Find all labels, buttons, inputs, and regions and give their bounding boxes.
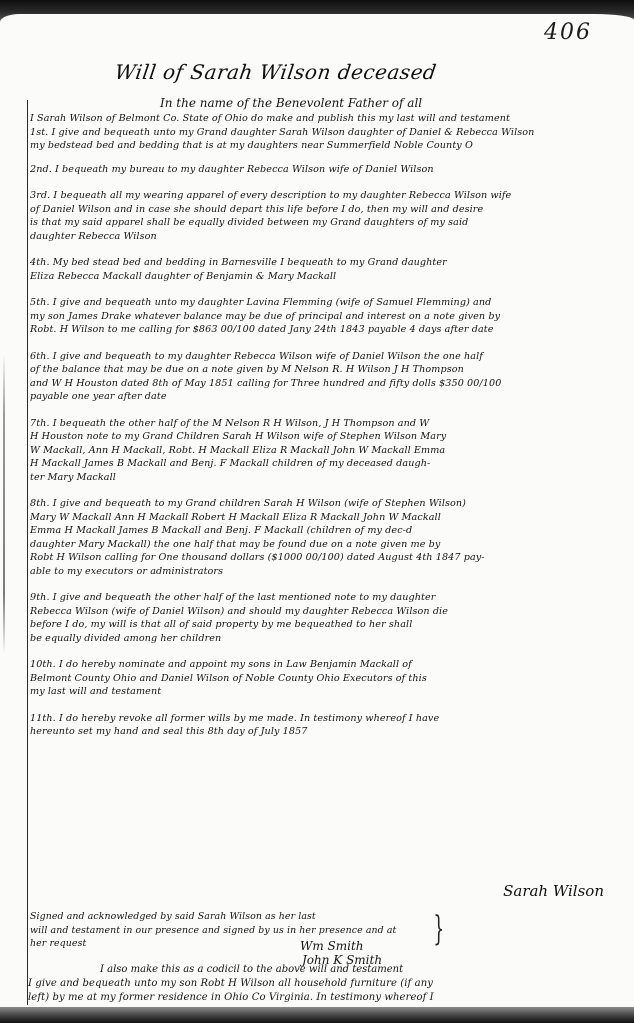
codicil-body: I give and bequeath unto my son Robt H W… (28, 977, 632, 1004)
codicil-line: I give and bequeath unto my son Robt H W… (28, 977, 632, 991)
handwritten-line: 11th. I do hereby revoke all former will… (30, 712, 630, 726)
will-paragraph: 11th. I do hereby revoke all former will… (30, 712, 630, 739)
handwritten-line: 2nd. I bequeath my bureau to my daughter… (30, 163, 630, 177)
handwritten-line: hereunto set my hand and seal this 8th d… (30, 725, 630, 739)
codicil-line: left) by me at my former residence in Oh… (28, 991, 632, 1005)
handwritten-line: my son James Drake whatever balance may … (30, 310, 630, 324)
handwritten-line: Robt H Wilson calling for One thousand d… (30, 551, 630, 565)
handwritten-line: Robt. H Wilson to me calling for $863 00… (30, 323, 630, 337)
will-paragraph: 6th. I give and bequeath to my daughter … (30, 350, 630, 404)
attestation-line: will and testament in our presence and s… (30, 924, 450, 938)
testator-signature: Sarah Wilson (503, 882, 604, 900)
handwritten-line: able to my executors or administrators (30, 565, 630, 579)
codicil-intro: I also make this as a codicil to the abo… (100, 964, 403, 975)
attestation-clause: Signed and acknowledged by said Sarah Wi… (30, 910, 450, 951)
handwritten-line: is that my said apparel shall be equally… (30, 216, 630, 230)
handwritten-line: H Houston note to my Grand Children Sara… (30, 430, 630, 444)
left-margin-rule (27, 100, 28, 1005)
handwritten-line: 8th. I give and bequeath to my Grand chi… (30, 497, 630, 511)
attestation-line: her request (30, 937, 450, 951)
handwritten-line: 1st. I give and bequeath unto my Grand d… (30, 126, 630, 140)
witness-signature: Wm Smith (300, 939, 364, 953)
handwritten-line: be equally divided among her children (30, 632, 630, 646)
handwritten-line: 10th. I do hereby nominate and appoint m… (30, 658, 630, 672)
handwritten-line: before I do, my will is that all of said… (30, 618, 630, 632)
handwritten-line: 4th. My bed stead bed and bedding in Bar… (30, 256, 630, 270)
will-body: I Sarah Wilson of Belmont Co. State of O… (30, 112, 630, 752)
will-paragraph: 5th. I give and bequeath unto my daughte… (30, 296, 630, 337)
handwritten-line: H Mackall James B Mackall and Benj. F Ma… (30, 457, 630, 471)
will-paragraph: 3rd. I bequeath all my wearing apparel o… (30, 189, 630, 243)
handwritten-line: 3rd. I bequeath all my wearing apparel o… (30, 189, 630, 203)
handwritten-line: my bedstead bed and bedding that is at m… (30, 139, 630, 153)
handwritten-line: Belmont County Ohio and Daniel Wilson of… (30, 672, 630, 686)
will-paragraph: I Sarah Wilson of Belmont Co. State of O… (30, 112, 630, 153)
handwritten-line: 9th. I give and bequeath the other half … (30, 591, 630, 605)
invocation-line: In the name of the Benevolent Father of … (160, 96, 422, 110)
will-paragraph: 10th. I do hereby nominate and appoint m… (30, 658, 630, 699)
handwritten-line: I Sarah Wilson of Belmont Co. State of O… (30, 112, 630, 126)
handwritten-line: my last will and testament (30, 685, 630, 699)
document-title: Will of Sarah Wilson deceased (113, 60, 438, 84)
will-paragraph: 9th. I give and bequeath the other half … (30, 591, 630, 645)
scan-bottom-edge (0, 1007, 634, 1023)
handwritten-line: 6th. I give and bequeath to my daughter … (30, 350, 630, 364)
handwritten-line: payable one year after date (30, 390, 630, 404)
page-number: 406 (544, 20, 592, 45)
handwritten-line: of the balance that may be due on a note… (30, 363, 630, 377)
page-binding-edge (3, 354, 5, 654)
will-paragraph: 4th. My bed stead bed and bedding in Bar… (30, 256, 630, 283)
will-paragraph: 8th. I give and bequeath to my Grand chi… (30, 497, 630, 578)
will-paragraph: 2nd. I bequeath my bureau to my daughter… (30, 163, 630, 177)
handwritten-line: Rebecca Wilson (wife of Daniel Wilson) a… (30, 605, 630, 619)
handwritten-line: W Mackall, Ann H Mackall, Robt. H Mackal… (30, 444, 630, 458)
handwritten-line: of Daniel Wilson and in case she should … (30, 203, 630, 217)
handwritten-line: 5th. I give and bequeath unto my daughte… (30, 296, 630, 310)
handwritten-line: daughter Mary Mackall) the one half that… (30, 538, 630, 552)
attestation-brace: } (433, 910, 444, 948)
handwritten-line: Emma H Mackall James B Mackall and Benj.… (30, 524, 630, 538)
handwritten-line: Eliza Rebecca Mackall daughter of Benjam… (30, 270, 630, 284)
attestation-line: Signed and acknowledged by said Sarah Wi… (30, 910, 450, 924)
document-page: 406 Will of Sarah Wilson deceased In the… (0, 14, 634, 1009)
will-paragraph: 7th. I bequeath the other half of the M … (30, 417, 630, 485)
handwritten-line: 7th. I bequeath the other half of the M … (30, 417, 630, 431)
handwritten-line: daughter Rebecca Wilson (30, 230, 630, 244)
handwritten-line: and W H Houston dated 8th of May 1851 ca… (30, 377, 630, 391)
handwritten-line: ter Mary Mackall (30, 471, 630, 485)
handwritten-line: Mary W Mackall Ann H Mackall Robert H Ma… (30, 511, 630, 525)
